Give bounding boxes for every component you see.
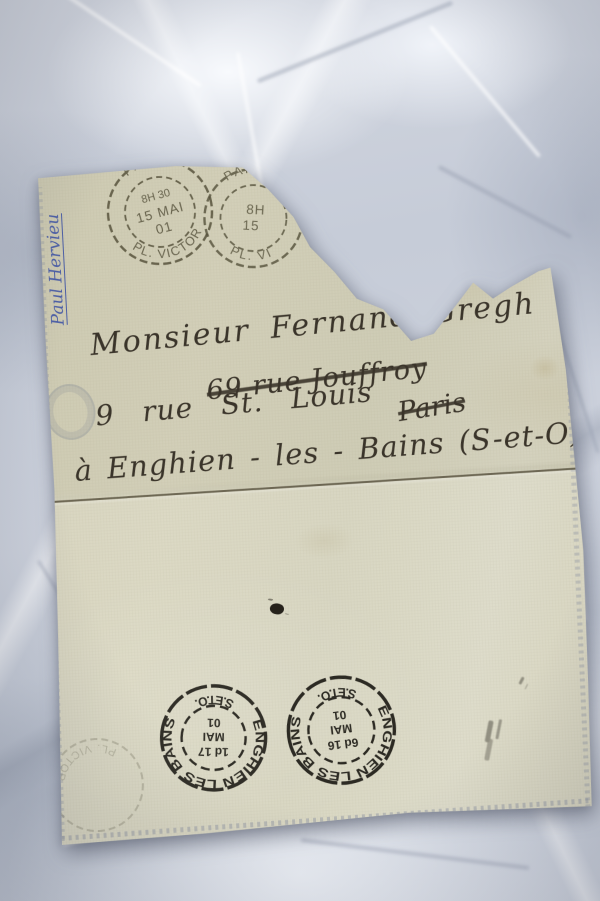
svg-text:PL. VI: PL. VI: [228, 243, 276, 264]
postmark-date: MAI: [329, 721, 353, 738]
svg-text:PARIS: PARIS: [119, 148, 176, 180]
photo-scene: PARIS PL. VICTOR 8H 30 15 MAI 01 PARIS 7…: [0, 0, 600, 901]
postmark-date: 1d 17: [198, 745, 229, 760]
svg-text:PL. VICTOR: PL. VICTOR: [44, 729, 122, 788]
postmark-date: 01: [154, 218, 174, 237]
postmark-ring-text: PARIS: [119, 148, 176, 180]
postmark-date: 15: [242, 218, 260, 234]
postmark-date: 01: [207, 716, 221, 730]
svg-text:S.ET.O.: S.ET.O.: [314, 683, 359, 706]
svg-text:S.ET.O.: S.ET.O.: [193, 692, 236, 711]
stain-mark: [459, 238, 494, 264]
postmark-date: 8H: [246, 202, 266, 218]
postmark-ring-text: PL. VI: [228, 243, 276, 264]
postmark-enghien-left: ENGHIEN LES BAINS S.ET.O. 1d 17 MAI 01: [148, 673, 278, 803]
postmark-ring-text: S.ET.O.: [193, 692, 236, 711]
postmark-ring-text: PL. VICTOR: [44, 729, 122, 788]
postmark-date: 01: [332, 708, 347, 724]
postmark-ring-text: PARIS 7: [221, 160, 291, 187]
postmark-date: MAI: [203, 730, 225, 744]
letter-card-wrapper: PARIS PL. VICTOR 8H 30 15 MAI 01 PARIS 7…: [24, 129, 600, 849]
postmark-enghien-right: ENGHIEN LES BAINS S.ET.O. 6d 16 MAI 01: [274, 663, 409, 798]
letter-card: PARIS PL. VICTOR 8H 30 15 MAI 01 PARIS 7…: [24, 129, 600, 849]
postmark-paris-right: PARIS 7 PL. VI 8H 15: [190, 155, 316, 281]
postmark-ring-text: S.ET.O.: [314, 683, 359, 706]
svg-text:PARIS 7: PARIS 7: [221, 160, 291, 187]
